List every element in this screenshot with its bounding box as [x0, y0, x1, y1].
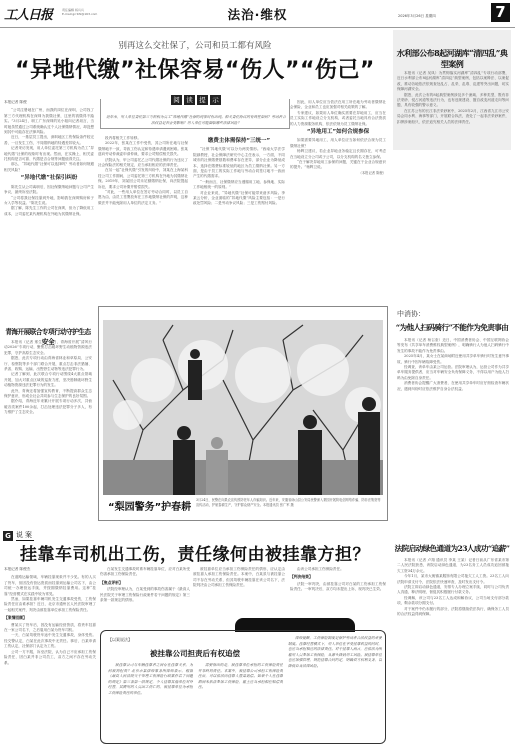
paragraph: “公司注册地在广州，而我的岗位在深圳，公司找了第三方代理机构在深圳为我缴社保，这…	[4, 108, 94, 135]
paragraph: 据介绍，青海近年来累计开展专项行动多次，共侦破各类案件100余起，打击处理违法犯…	[4, 399, 92, 415]
tips-char: 阅	[171, 95, 182, 105]
subheading: 缴费主体需保持“三统一”	[193, 139, 285, 144]
paragraph: 据悉，此次专项行动由青海省林业和草原局、公安厅、检察院等多个部门联合开展，重点打…	[4, 356, 92, 372]
issue-date: 2026年3月26日 星期四	[398, 14, 436, 19]
paragraph: 需要指出的是，被挂靠单位承担的工伤保险责任并非终局责任。本案中，被挂靠公司承担工…	[198, 663, 283, 691]
paragraph: 今年1月，某市大朗镇某服饰有限公司拖欠工人工资。23名工人向法院申请支付令，法院…	[397, 574, 509, 585]
paragraph: 近日，一基层员工提出，深圳地区工伤保险条件较完善，一旦发生工伤，不同缴纳地的待遇…	[4, 135, 94, 146]
paragraph: 公司一方不服，诉至法院，认为自己不应承担工伤保险责任，因白某并非公司员工，双方之…	[4, 650, 96, 666]
byline: 本报记者 陈俊	[4, 100, 94, 105]
expert-column-3: 律师提醒，工伤保险制度是保护劳动者合法权益的重要制度。挂靠经营模式下，用人单位在…	[288, 636, 382, 742]
paragraph: 本报讯（记者 卢翔 通讯员 李某 王某）记者日前从广东省某市第二人民法院获悉，该…	[397, 558, 509, 574]
section-title: 法治·维权	[0, 5, 515, 23]
paragraph: “在于解决异地用工参保的问题，关键在于企业合规意识的提升。”杨辉卫说。	[290, 160, 386, 171]
sidebar3-body: 本报讯（记者 卢翔 通讯员 李某 王某）记者日前从广东省某市第二人民法院获悉，该…	[397, 558, 509, 746]
paragraph: 白某发生交通事故时系车辆挂靠单位，应对白某所受伤害承担工伤保险责任。	[100, 567, 190, 578]
paragraph: 法院一审判决，由被挂靠公司对白某的工伤承担工伤保险责任。一审判决后，双方均未提出…	[290, 582, 386, 593]
lead-column-2: 段内将相关工作转移。 2022年，张某在工作中受伤，其公司所在地与社保缴纳地不一…	[98, 136, 188, 304]
lead-column-1: 本报记者 陈俊 “公司注册地在广州，而我的岗位在深圳，公司找了第三方代理机构在深…	[4, 100, 94, 248]
sidebar2-headline[interactable]: “为他人扫码骑行”不能作为免责事由	[393, 322, 511, 333]
case-column-3: 被挂靠单位应当承担工伤保险责任的情形，应认定由被挂靠人承担工伤保险责任。本案中，…	[193, 567, 285, 617]
paragraph: 本报讯（记者 吴凤）为贯彻落实河湖库“清四乱”专项行动部署，近日水利部公布8起河…	[397, 71, 509, 93]
sidebar3-headline[interactable]: 法院启动绿色通道为23人成功“追薪”	[393, 543, 511, 554]
paragraph: 经调解，该公司与23名工人达成和解协议，公司当场支付部分款项，剩余款项分期支付。	[397, 596, 509, 607]
paragraph: 在道路运输领域，车辆挂靠现象并不少见。有的人买了货车，但因没有营运资质而挂靠到运…	[4, 575, 96, 597]
paragraph: 法院经审理认为，白某受到的事故伤害属于《最高人民法院关于审理工伤保险行政案件若干…	[100, 587, 190, 603]
page-number: 7	[491, 3, 510, 22]
tips-char: 读	[184, 95, 195, 105]
tips-char: 示	[210, 95, 221, 105]
paragraph: 陈先生从公司离职后，因社保缴纳地问题与公司产生争议，最终诉至法院。	[4, 185, 94, 196]
orchard-scene-icon	[103, 320, 383, 495]
sidebar2-body: 本报讯（记者 杨召奎）近日，中国消费者协会、中国互联网协会等发布《共享单车消费维…	[397, 338, 509, 528]
story2-body: 本报讯（记者 邢生祥）近日，青海省开展“清风行动2026”专项行动，聚焦打击破坏…	[4, 340, 92, 520]
paragraph: 本报讯（记者 杨召奎）近日，中国消费者协会、中国互联网协会等发布《共享单车消费维…	[397, 338, 509, 354]
reading-tips-label: 阅 读 提 示	[168, 95, 224, 106]
photo-caption: 3月24日，民警在向果农宣传预防老年人诈骗知识。近年来，安徽省砀山县公安局民警深…	[196, 498, 381, 508]
tips-char: 提	[197, 95, 208, 105]
paragraph: 因此，用人单位应当依法在用工所在地为劳动者缴纳社会保险，企业和员工也应加强对相关…	[290, 100, 386, 111]
paragraph: 专家建议，如果用人单位确实需要在异地用工，应当在员工实际工作地设立分支机构，或者…	[290, 111, 386, 127]
news-photo[interactable]	[103, 320, 383, 495]
paragraph: 此外，青海还将加强宣传教育，不断提高群众生态保护意识，形成全社会共同参与生态保护…	[4, 389, 92, 400]
paragraph: 记者了解到，此次联合专项行动围绕4大重点领域开展，加大对重点区域的巡查力度，坚决…	[4, 372, 92, 388]
paragraph: 由该公司承担工伤保险责任。	[290, 567, 386, 572]
paragraph: 2022年，张某在工作中受伤，其公司所在地与社保缴纳地不一致，导致工伤认定和待遇…	[98, 141, 188, 157]
subheading: 【案情回顾】	[4, 615, 96, 620]
sidebar2-kicker: 中消协：	[397, 309, 425, 319]
paragraph: 记者采访发现，用人单位委托第三方机构为员工“异地代缴”社保的现象时有出现。然而，…	[4, 146, 94, 162]
subheading: 【焦点评析】	[100, 580, 190, 585]
subheading: “异地用工”如何合规参保	[290, 130, 386, 135]
subheading: “异地代缴”社保引纠纷	[4, 176, 94, 181]
paragraph: “一般而言，社保缴纳应当遵循用工地、参保地、实际工作地相统一的原则。”	[193, 180, 285, 191]
paragraph: 据了解，陈先生工作的公司在深圳，但为了降低用工成本，公司委托某代理机构在外地为其…	[4, 206, 94, 217]
paragraph: 律师提醒，工伤保险制度是保护劳动者合法权益的重要制度。挂靠经营模式下，用人单位在…	[288, 636, 382, 669]
paragraph: 对于案件中仍未履行的部分，法院将继续依法执行，确保务工人员的合法权益得到保障。	[397, 607, 509, 618]
case-column-2: 白某发生交通事故时系车辆挂靠单位，应对白某所受伤害承担工伤保险责任。 【焦点评析…	[100, 567, 190, 617]
expert-column-1: 被挂靠公司与车辆挂靠者之间存在挂靠关系，为何被判担责？北京市某律师事务所律师表示…	[108, 663, 193, 741]
lead-column-3: 缴费主体需保持“三统一” “社保‘异地代缴’可以分为两类情形。”西南大学法学院副…	[193, 136, 285, 304]
paragraph: 消费者协会提醒广大消费者，在使用共享单车时应仔细检查车辆状况，遇到纠纷时应依法维…	[397, 381, 509, 392]
paragraph: 法院认为，甲公司委托乙公司代缴社保的行为违反了社会保险法的相关规定，应当承担相应…	[98, 158, 188, 169]
paragraph: 在另一起“社保代缴”引发的纠纷中，刘某在上海某科技公司工作期间，公司委托第三方机…	[98, 168, 188, 190]
case-column-4: 由该公司承担工伤保险责任。 【判决结果】 法院一审判决，由被挂靠公司对白某的工伤…	[290, 567, 386, 617]
paragraph: “公司将我社保挂靠到外地，影响我在深圳购房和子女入学等权益。”陈先生说。	[4, 196, 94, 207]
paragraph: 2025年4月，某女士在某商场附近使用共享单车骑行时发生意外事故，骑行中因车辆故…	[397, 354, 509, 365]
subheading: 【判决结果】	[290, 574, 386, 579]
paragraph: 杨辉卫建议，若企业异地业务稳定且长期存在，可考虑在当地设立分公司或子公司，以分支…	[290, 149, 386, 160]
expert-headline[interactable]: 被挂靠公司担责后有权追偿	[100, 648, 290, 659]
lead-kicker: 别再这么交社保了，公司和员工都有风险	[0, 39, 390, 51]
sidebar1-body: 本报讯（记者 吴凤）为贯彻落实河湖库“清四乱”专项行动部署，近日水利部公布8起河…	[397, 71, 509, 301]
paragraph: “社保‘异地代缴’可以分为两类情形。”西南大学法学院副教授、社会保障法研究中心主…	[193, 147, 285, 179]
reading-tips-text: 近年来，用人单位委托第三方机构为员工“异地代缴”社保的现象时有出现。相关委托协议…	[106, 114, 286, 126]
paragraph: 曹某买了货车后，因没有运输经营资质，将货车挂靠在一家公司名下，之后雇用白某为货车…	[4, 623, 96, 634]
photo-caption-title: “梨园警务”护春耕	[108, 498, 191, 513]
sidebar1-headline[interactable]: 水利部公布8起河湖库“清四乱”典型案例	[393, 48, 511, 70]
paragraph: 在江苏公布的长江非法采砂案中，2025年2月，江西省九江市公安局会同水利、海事等…	[397, 109, 509, 125]
signoff: （本报记者 陈俊）	[290, 171, 386, 176]
paragraph: 如果需要异地用工，用人单位应当如何依法合规为员工缴纳社保？	[290, 138, 386, 149]
paragraph: 本报讯（记者 邢生祥）近日，青海省开展“清风行动2026”专项行动，聚焦打击破坏…	[4, 340, 92, 356]
paragraph: 一天，白某驾驶货车途中发生交通事故，身体受伤。经交警认定，白某在此次事故中无责任…	[4, 633, 96, 649]
paragraph: “对此，一些用人单位在签订劳动合同时，以员工自愿为由，由员工签署放弃在工作地缴纳…	[98, 190, 188, 206]
byline: 本报记者 陈俊杰	[4, 567, 96, 572]
paragraph: 然而，如果挂靠车辆司机发生交通事故受伤，工伤保险责任应由谁承担？近日，北京市通州…	[4, 597, 96, 613]
case-headline[interactable]: 挂靠车司机出工伤，责任缘何由被挂靠方担？	[0, 540, 390, 565]
paragraph: 被挂靠公司与车辆挂靠者之间存在挂靠关系，为何被判担责？北京市某律师事务所律师表示…	[108, 663, 193, 696]
paragraph: 被挂靠单位应当承担工伤保险责任的情形，应认定由被挂靠人承担工伤保险责任。本案中，…	[193, 567, 285, 589]
paragraph: 法院立即启动绿色通道，安排专人办理立案手续，同时与公司负责人沟通，释法明理，督促…	[397, 585, 509, 596]
paragraph: 那么，“异地代缴”社保可以选择吗？劳动者如何规避相关风险？	[4, 162, 94, 173]
paragraph: 对企业来说，“异地代缴”社保可能带来诸多风险。李某云分析，企业面临的“异地代缴”…	[193, 191, 285, 207]
expert-label: 【以案说法】	[108, 637, 132, 643]
expert-column-2: 需要指出的是，被挂靠单位承担的工伤保险责任并非终局责任。本案中，被挂靠公司承担工…	[198, 663, 283, 741]
paragraph: 经调查，该单车由某公司运营。法院审理认为，运营公司作为共享单车服务提供者，应当对…	[397, 365, 509, 381]
lead-column-4: 因此，用人单位应当依法在用工所在地为劳动者缴纳社会保险，企业和员工也应加强对相关…	[290, 100, 386, 305]
lead-headline[interactable]: “异地代缴”社保容易“伤人”“伤己”	[0, 53, 390, 84]
paragraph: 据悉，此次公布的8起典型案例涉及多个流域、多种类型，既有非法采砂、侵占河道等违法…	[397, 93, 509, 109]
case-column-1: 本报记者 陈俊杰 在道路运输领域，车辆挂靠现象并不少见。有的人买了货车，但因没有…	[4, 567, 96, 747]
case-section-icon: G	[3, 531, 13, 541]
